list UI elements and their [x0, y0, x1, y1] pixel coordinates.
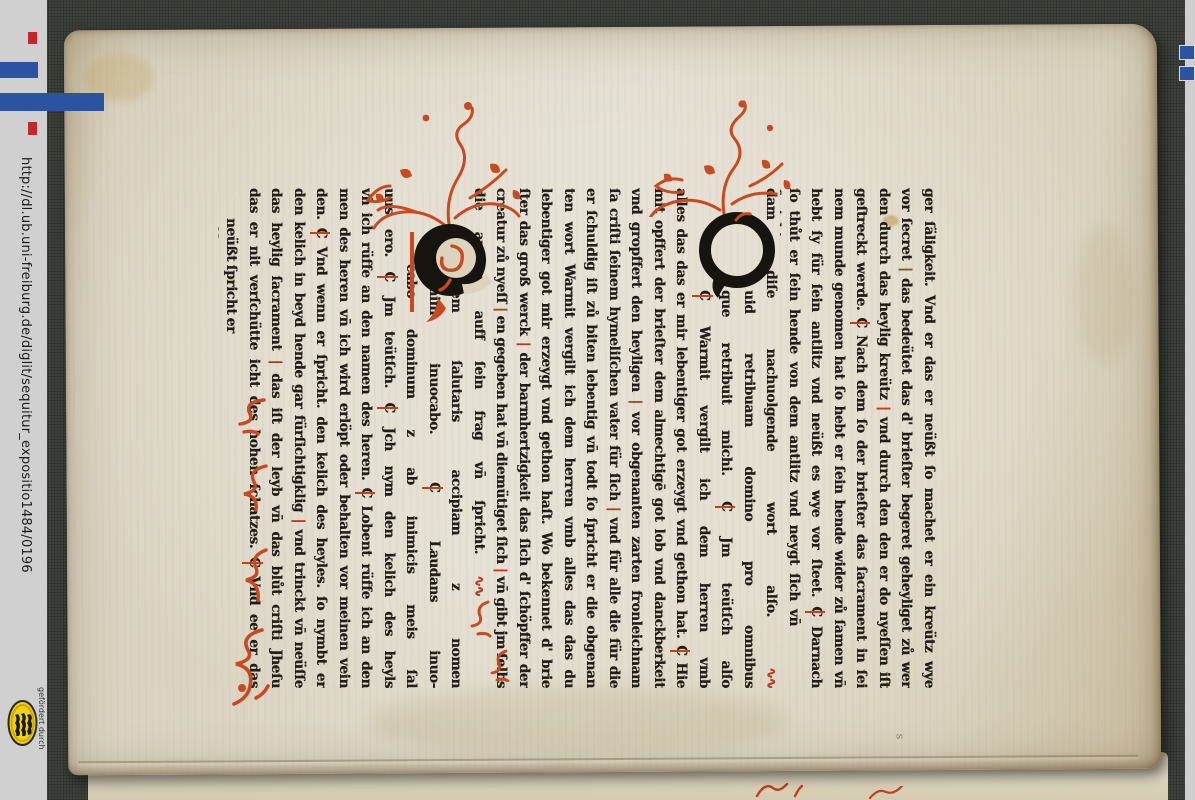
registration-blue-square-right-2	[1179, 66, 1195, 81]
gothic-text-block: ger ſäligkeit. Vnd er das er neüßt ſo ma…	[218, 188, 938, 688]
registration-red-square-bottom	[28, 122, 37, 135]
text-line: lebentiger got mir erzeygt vnd gethon ha…	[533, 188, 556, 688]
text-line: den kelich in beyd hende gar fürſichtigk…	[286, 188, 309, 688]
text-line: er ſchuldig iſt zů biten lebentig vn̄ to…	[578, 188, 601, 688]
red-margin-squiggle-icon	[228, 626, 270, 708]
red-inline-squiggle-icon	[490, 648, 512, 682]
red-penwork-flourish-right-icon	[612, 82, 797, 217]
text-line: den. C Vnd wenn er ſpricht. den kelich d…	[308, 188, 331, 688]
text-line: das heylig ſacrament | das iſt der leyb …	[263, 188, 286, 688]
text-line: uus ero. C Jm teütſch. C Jch nym den kel…	[376, 188, 399, 688]
text-line: ſter das groß werck | der barmhertzigkei…	[511, 188, 534, 688]
text-line: den durch das heylig kreütz | vnd durch …	[871, 188, 894, 688]
source-url-text: http://dl.ub.uni-freiburg.de/diglit/sequ…	[18, 157, 33, 573]
digitized-manuscript-scan: http://dl.ub.uni-freiburg.de/diglit/sequ…	[0, 0, 1195, 800]
text-line: vnd gropffert den heyligen | vor obgenan…	[623, 188, 646, 688]
text-line: men des heren vn̄ ich wird erlöpt oder b…	[331, 188, 354, 688]
baden-wuerttemberg-emblem-icon	[7, 699, 38, 747]
text-line: neüßt ſpricht er alſo. ∿∿	[218, 188, 241, 366]
text-line: nem munde genomen hat ſo hebt er ſein he…	[826, 188, 849, 688]
text-line: ſa criſti ſeinem hymeliſchen vater für ſ…	[601, 188, 624, 688]
signature-mark: s	[893, 734, 906, 740]
text-line: mit opffert der brieſter dem almechtigē …	[646, 188, 669, 688]
paper-stain	[1075, 224, 1136, 364]
text-line: vn̄ ich rüffe an den namen des heren. C …	[353, 188, 376, 688]
underleaf-red-flourish-right-icon	[868, 786, 904, 800]
text-line: ten wort Warmit vergilt ich dem herren v…	[556, 188, 579, 688]
red-margin-squiggle-icon	[236, 396, 270, 436]
registration-red-square-top	[28, 32, 37, 44]
registration-blue-bar-short	[0, 62, 38, 78]
text-line: geſtreckt werde. C Nach dem ſo der brieſ…	[848, 188, 871, 688]
underleaf-red-flourish-left-icon	[753, 780, 803, 800]
text-line: ger ſäligkeit. Vnd er das er neüßt ſo ma…	[916, 188, 939, 688]
initial-c	[402, 214, 500, 326]
text-line: hebt ſy für ſein antlitz vnd neüßt es wy…	[803, 188, 826, 688]
text-line: vor ſecret | das bedeütet das d' brieſte…	[893, 188, 916, 688]
red-margin-squiggle-icon	[240, 462, 272, 514]
initial-q	[692, 204, 784, 304]
left-caption-bar: http://dl.ub.uni-freiburg.de/diglit/sequ…	[0, 0, 47, 800]
registration-blue-bar-long	[0, 93, 104, 111]
registration-blue-square-right-1	[1179, 45, 1195, 60]
red-inline-squiggle-icon	[470, 598, 494, 638]
funding-label: gefördert durch	[37, 687, 46, 750]
right-caption-bar: © Universitätsbibliothek Freiburg Baden-…	[1185, 0, 1195, 800]
text-line: alles das das er mir lebentiger got erze…	[668, 188, 691, 688]
red-margin-squiggle-icon	[242, 546, 272, 604]
red-penwork-flourish-left-icon	[330, 78, 525, 233]
text-line: das er nit verſchütte icht des hohen ſch…	[241, 188, 264, 688]
